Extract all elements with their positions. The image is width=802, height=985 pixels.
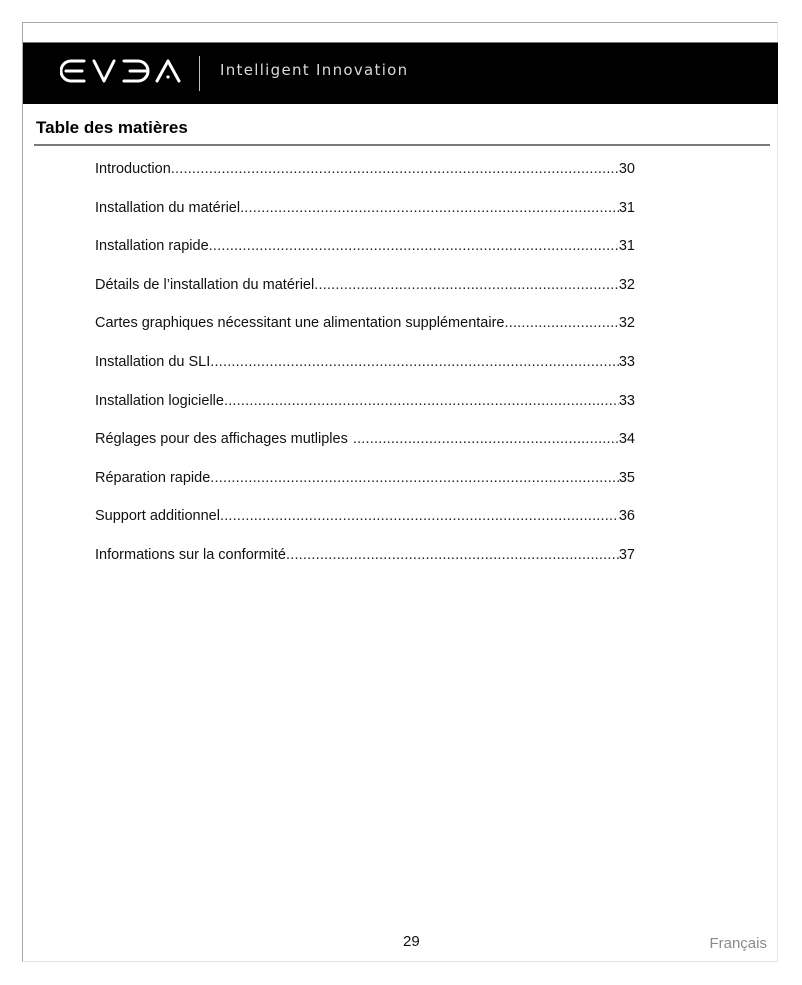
toc-entry-title: Installation du SLI xyxy=(95,354,210,370)
dot-leader xyxy=(171,161,619,177)
dot-leader xyxy=(240,200,619,216)
toc-entry-title: Informations sur la conformité xyxy=(95,547,286,563)
heading-rule xyxy=(34,144,770,146)
document-page: Intelligent Innovation Table des matière… xyxy=(22,22,778,962)
toc-entry-installation-materiel[interactable]: Installation du matériel 31 xyxy=(95,200,635,239)
toc-entry-page: 31 xyxy=(619,200,635,216)
dot-leader xyxy=(353,431,619,447)
toc-entry-title: Installation du matériel xyxy=(95,200,240,216)
toc-entry-details-installation[interactable]: Détails de l’installation du matériel 32 xyxy=(95,277,635,316)
dot-leader xyxy=(210,354,619,370)
toc-entry-title: Support additionnel xyxy=(95,508,220,524)
toc-entry-page: 32 xyxy=(619,315,635,331)
toc-entry-page: 32 xyxy=(619,277,635,293)
toc-entry-title: Installation rapide xyxy=(95,238,209,254)
toc-entry-page: 35 xyxy=(619,470,635,486)
dot-leader xyxy=(220,508,619,524)
toc-entry-title: Cartes graphiques nécessitant une alimen… xyxy=(95,315,504,331)
toc-entry-reglages-affichages[interactable]: Réglages pour des affichages mutliples 3… xyxy=(95,431,635,470)
toc-entry-cartes-graphiques[interactable]: Cartes graphiques nécessitant une alimen… xyxy=(95,315,635,354)
toc-entry-page: 33 xyxy=(619,393,635,409)
toc-entry-title: Introduction xyxy=(95,161,171,177)
toc-entry-installation-sli[interactable]: Installation du SLI 33 xyxy=(95,354,635,393)
toc-entry-title: Réparation rapide xyxy=(95,470,210,486)
dot-leader xyxy=(504,315,618,331)
header-banner: Intelligent Innovation xyxy=(23,42,778,104)
toc-entry-page: 36 xyxy=(619,508,635,524)
page-number: 29 xyxy=(403,933,420,950)
language-label: Français xyxy=(709,935,767,952)
toc-entry-support-additionnel[interactable]: Support additionnel 36 xyxy=(95,508,635,547)
toc-entry-page: 31 xyxy=(619,238,635,254)
toc-entry-installation-rapide[interactable]: Installation rapide 31 xyxy=(95,238,635,277)
table-of-contents: Introduction 30 Installation du matériel… xyxy=(95,161,635,586)
toc-entry-reparation-rapide[interactable]: Réparation rapide 35 xyxy=(95,470,635,509)
brand-tagline: Intelligent Innovation xyxy=(220,61,408,79)
toc-entry-title: Installation logicielle xyxy=(95,393,224,409)
toc-entry-page: 34 xyxy=(619,431,635,447)
toc-entry-page: 37 xyxy=(619,547,635,563)
evga-logo-icon xyxy=(60,58,184,84)
dot-leader xyxy=(224,393,619,409)
toc-heading: Table des matières xyxy=(36,118,188,138)
toc-entry-installation-logicielle[interactable]: Installation logicielle 33 xyxy=(95,393,635,432)
toc-entry-page: 33 xyxy=(619,354,635,370)
toc-entry-title: Détails de l’installation du matériel xyxy=(95,277,314,293)
header-divider xyxy=(199,56,200,91)
dot-leader xyxy=(286,547,619,563)
dot-leader xyxy=(314,277,619,293)
dot-leader xyxy=(210,470,619,486)
toc-entry-conformite[interactable]: Informations sur la conformité 37 xyxy=(95,547,635,586)
dot-leader xyxy=(209,238,619,254)
toc-entry-title: Réglages pour des affichages mutliples xyxy=(95,431,348,447)
toc-entry-page: 30 xyxy=(619,161,635,177)
toc-entry-introduction[interactable]: Introduction 30 xyxy=(95,161,635,200)
